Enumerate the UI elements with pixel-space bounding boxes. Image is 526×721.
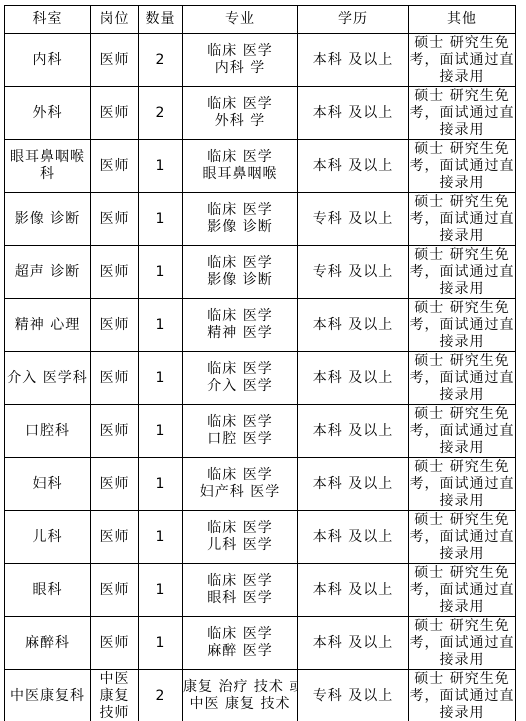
cell-dept: 影像 诊断	[5, 193, 91, 246]
cell-post: 医师	[91, 352, 139, 405]
cell-major: 临床 医学 影像 诊断	[183, 193, 298, 246]
header-row: 科室 岗位 数量 专业 学历 其他	[5, 6, 516, 34]
cell-qty: 2	[139, 670, 183, 721]
cell-edu: 本科 及以上	[298, 511, 409, 564]
table-row: 超声 诊断 医师 1 临床 医学 影像 诊断 专科 及以上 硕士 研究生免 考，…	[5, 246, 516, 299]
cell-edu: 本科 及以上	[298, 564, 409, 617]
cell-other: 硕士 研究生免 考，面试通过直 接录用	[409, 140, 516, 193]
cell-dept: 麻醉科	[5, 617, 91, 670]
header-cell-post: 岗位	[91, 6, 139, 34]
cell-major: 临床 医学 外科 学	[183, 87, 298, 140]
cell-post: 医师	[91, 564, 139, 617]
cell-edu: 本科 及以上	[298, 140, 409, 193]
cell-edu: 专科 及以上	[298, 246, 409, 299]
cell-other: 硕士 研究生免 考，面试通过直 接录用	[409, 670, 516, 721]
cell-other: 硕士 研究生免 考，面试通过直 接录用	[409, 34, 516, 87]
cell-qty: 1	[139, 299, 183, 352]
cell-edu: 本科 及以上	[298, 299, 409, 352]
table-row: 儿科 医师 1 临床 医学 儿科 医学 本科 及以上 硕士 研究生免 考，面试通…	[5, 511, 516, 564]
cell-qty: 1	[139, 405, 183, 458]
cell-major: 临床 医学 精神 医学	[183, 299, 298, 352]
header-cell-dept: 科室	[5, 6, 91, 34]
cell-edu: 本科 及以上	[298, 617, 409, 670]
cell-qty: 1	[139, 564, 183, 617]
table-row: 眼科 医师 1 临床 医学 眼科 医学 本科 及以上 硕士 研究生免 考，面试通…	[5, 564, 516, 617]
cell-major: 临床 医学 儿科 医学	[183, 511, 298, 564]
cell-dept: 内科	[5, 34, 91, 87]
cell-major: 临床 医学 麻醉 医学	[183, 617, 298, 670]
cell-post: 医师	[91, 299, 139, 352]
cell-post: 医师	[91, 458, 139, 511]
cell-major: 临床 医学 介入 医学	[183, 352, 298, 405]
cell-major: 临床 医学 影像 诊断	[183, 246, 298, 299]
cell-dept: 儿科	[5, 511, 91, 564]
cell-post: 医师	[91, 405, 139, 458]
cell-post: 医师	[91, 193, 139, 246]
cell-edu: 专科 及以上	[298, 193, 409, 246]
cell-other: 硕士 研究生免 考，面试通过直 接录用	[409, 193, 516, 246]
cell-edu: 本科 及以上	[298, 458, 409, 511]
cell-edu: 本科 及以上	[298, 34, 409, 87]
cell-edu: 专科 及以上	[298, 670, 409, 721]
table-row: 影像 诊断 医师 1 临床 医学 影像 诊断 专科 及以上 硕士 研究生免 考，…	[5, 193, 516, 246]
cell-post: 中医 康复 技师	[91, 670, 139, 721]
cell-other: 硕士 研究生免 考，面试通过直 接录用	[409, 564, 516, 617]
cell-major: 临床 医学 眼耳鼻咽喉	[183, 140, 298, 193]
header-cell-edu: 学历	[298, 6, 409, 34]
cell-qty: 1	[139, 458, 183, 511]
header-cell-major: 专业	[183, 6, 298, 34]
cell-other: 硕士 研究生免 考，面试通过直 接录用	[409, 299, 516, 352]
cell-post: 医师	[91, 511, 139, 564]
cell-qty: 1	[139, 511, 183, 564]
cell-dept: 口腔科	[5, 405, 91, 458]
recruitment-table: 科室 岗位 数量 专业 学历 其他 内科 医师 2 临床 医学 内科 学 本科 …	[4, 5, 516, 721]
cell-other: 硕士 研究生免 考，面试通过直 接录用	[409, 458, 516, 511]
cell-dept: 中医康复科	[5, 670, 91, 721]
cell-major: 临床 医学 内科 学	[183, 34, 298, 87]
cell-other: 硕士 研究生免 考，面试通过直 接录用	[409, 87, 516, 140]
cell-other: 硕士 研究生免 考，面试通过直 接录用	[409, 405, 516, 458]
table-body: 内科 医师 2 临床 医学 内科 学 本科 及以上 硕士 研究生免 考，面试通过…	[5, 34, 516, 721]
table-header: 科室 岗位 数量 专业 学历 其他	[5, 6, 516, 34]
table-row: 外科 医师 2 临床 医学 外科 学 本科 及以上 硕士 研究生免 考，面试通过…	[5, 87, 516, 140]
cell-qty: 1	[139, 617, 183, 670]
table-row: 妇科 医师 1 临床 医学 妇产科 医学 本科 及以上 硕士 研究生免 考，面试…	[5, 458, 516, 511]
cell-major: 临床 医学 口腔 医学	[183, 405, 298, 458]
cell-qty: 1	[139, 352, 183, 405]
cell-post: 医师	[91, 87, 139, 140]
cell-dept: 超声 诊断	[5, 246, 91, 299]
table-row: 中医康复科 中医 康复 技师 2 康复 治疗 技术 或 中医 康复 技术 专科 …	[5, 670, 516, 721]
cell-dept: 精神 心理	[5, 299, 91, 352]
table-row: 介入 医学科 医师 1 临床 医学 介入 医学 本科 及以上 硕士 研究生免 考…	[5, 352, 516, 405]
cell-qty: 1	[139, 193, 183, 246]
cell-other: 硕士 研究生免 考，面试通过直 接录用	[409, 246, 516, 299]
cell-qty: 1	[139, 140, 183, 193]
cell-qty: 2	[139, 87, 183, 140]
cell-other: 硕士 研究生免 考，面试通过直 接录用	[409, 511, 516, 564]
cell-dept: 妇科	[5, 458, 91, 511]
cell-qty: 2	[139, 34, 183, 87]
cell-qty: 1	[139, 246, 183, 299]
table-row: 眼耳鼻咽喉科 医师 1 临床 医学 眼耳鼻咽喉 本科 及以上 硕士 研究生免 考…	[5, 140, 516, 193]
cell-major: 临床 医学 妇产科 医学	[183, 458, 298, 511]
table-row: 内科 医师 2 临床 医学 内科 学 本科 及以上 硕士 研究生免 考，面试通过…	[5, 34, 516, 87]
cell-major: 临床 医学 眼科 医学	[183, 564, 298, 617]
cell-other: 硕士 研究生免 考，面试通过直 接录用	[409, 352, 516, 405]
cell-major: 康复 治疗 技术 或 中医 康复 技术	[183, 670, 298, 721]
table-row: 精神 心理 医师 1 临床 医学 精神 医学 本科 及以上 硕士 研究生免 考，…	[5, 299, 516, 352]
cell-post: 医师	[91, 617, 139, 670]
cell-dept: 眼耳鼻咽喉科	[5, 140, 91, 193]
cell-post: 医师	[91, 246, 139, 299]
cell-post: 医师	[91, 140, 139, 193]
cell-dept: 眼科	[5, 564, 91, 617]
header-cell-qty: 数量	[139, 6, 183, 34]
cell-dept: 外科	[5, 87, 91, 140]
cell-edu: 本科 及以上	[298, 352, 409, 405]
cell-edu: 本科 及以上	[298, 405, 409, 458]
header-cell-other: 其他	[409, 6, 516, 34]
cell-other: 硕士 研究生免 考，面试通过直 接录用	[409, 617, 516, 670]
cell-post: 医师	[91, 34, 139, 87]
cell-edu: 本科 及以上	[298, 87, 409, 140]
table-row: 口腔科 医师 1 临床 医学 口腔 医学 本科 及以上 硕士 研究生免 考，面试…	[5, 405, 516, 458]
table-row: 麻醉科 医师 1 临床 医学 麻醉 医学 本科 及以上 硕士 研究生免 考，面试…	[5, 617, 516, 670]
cell-dept: 介入 医学科	[5, 352, 91, 405]
